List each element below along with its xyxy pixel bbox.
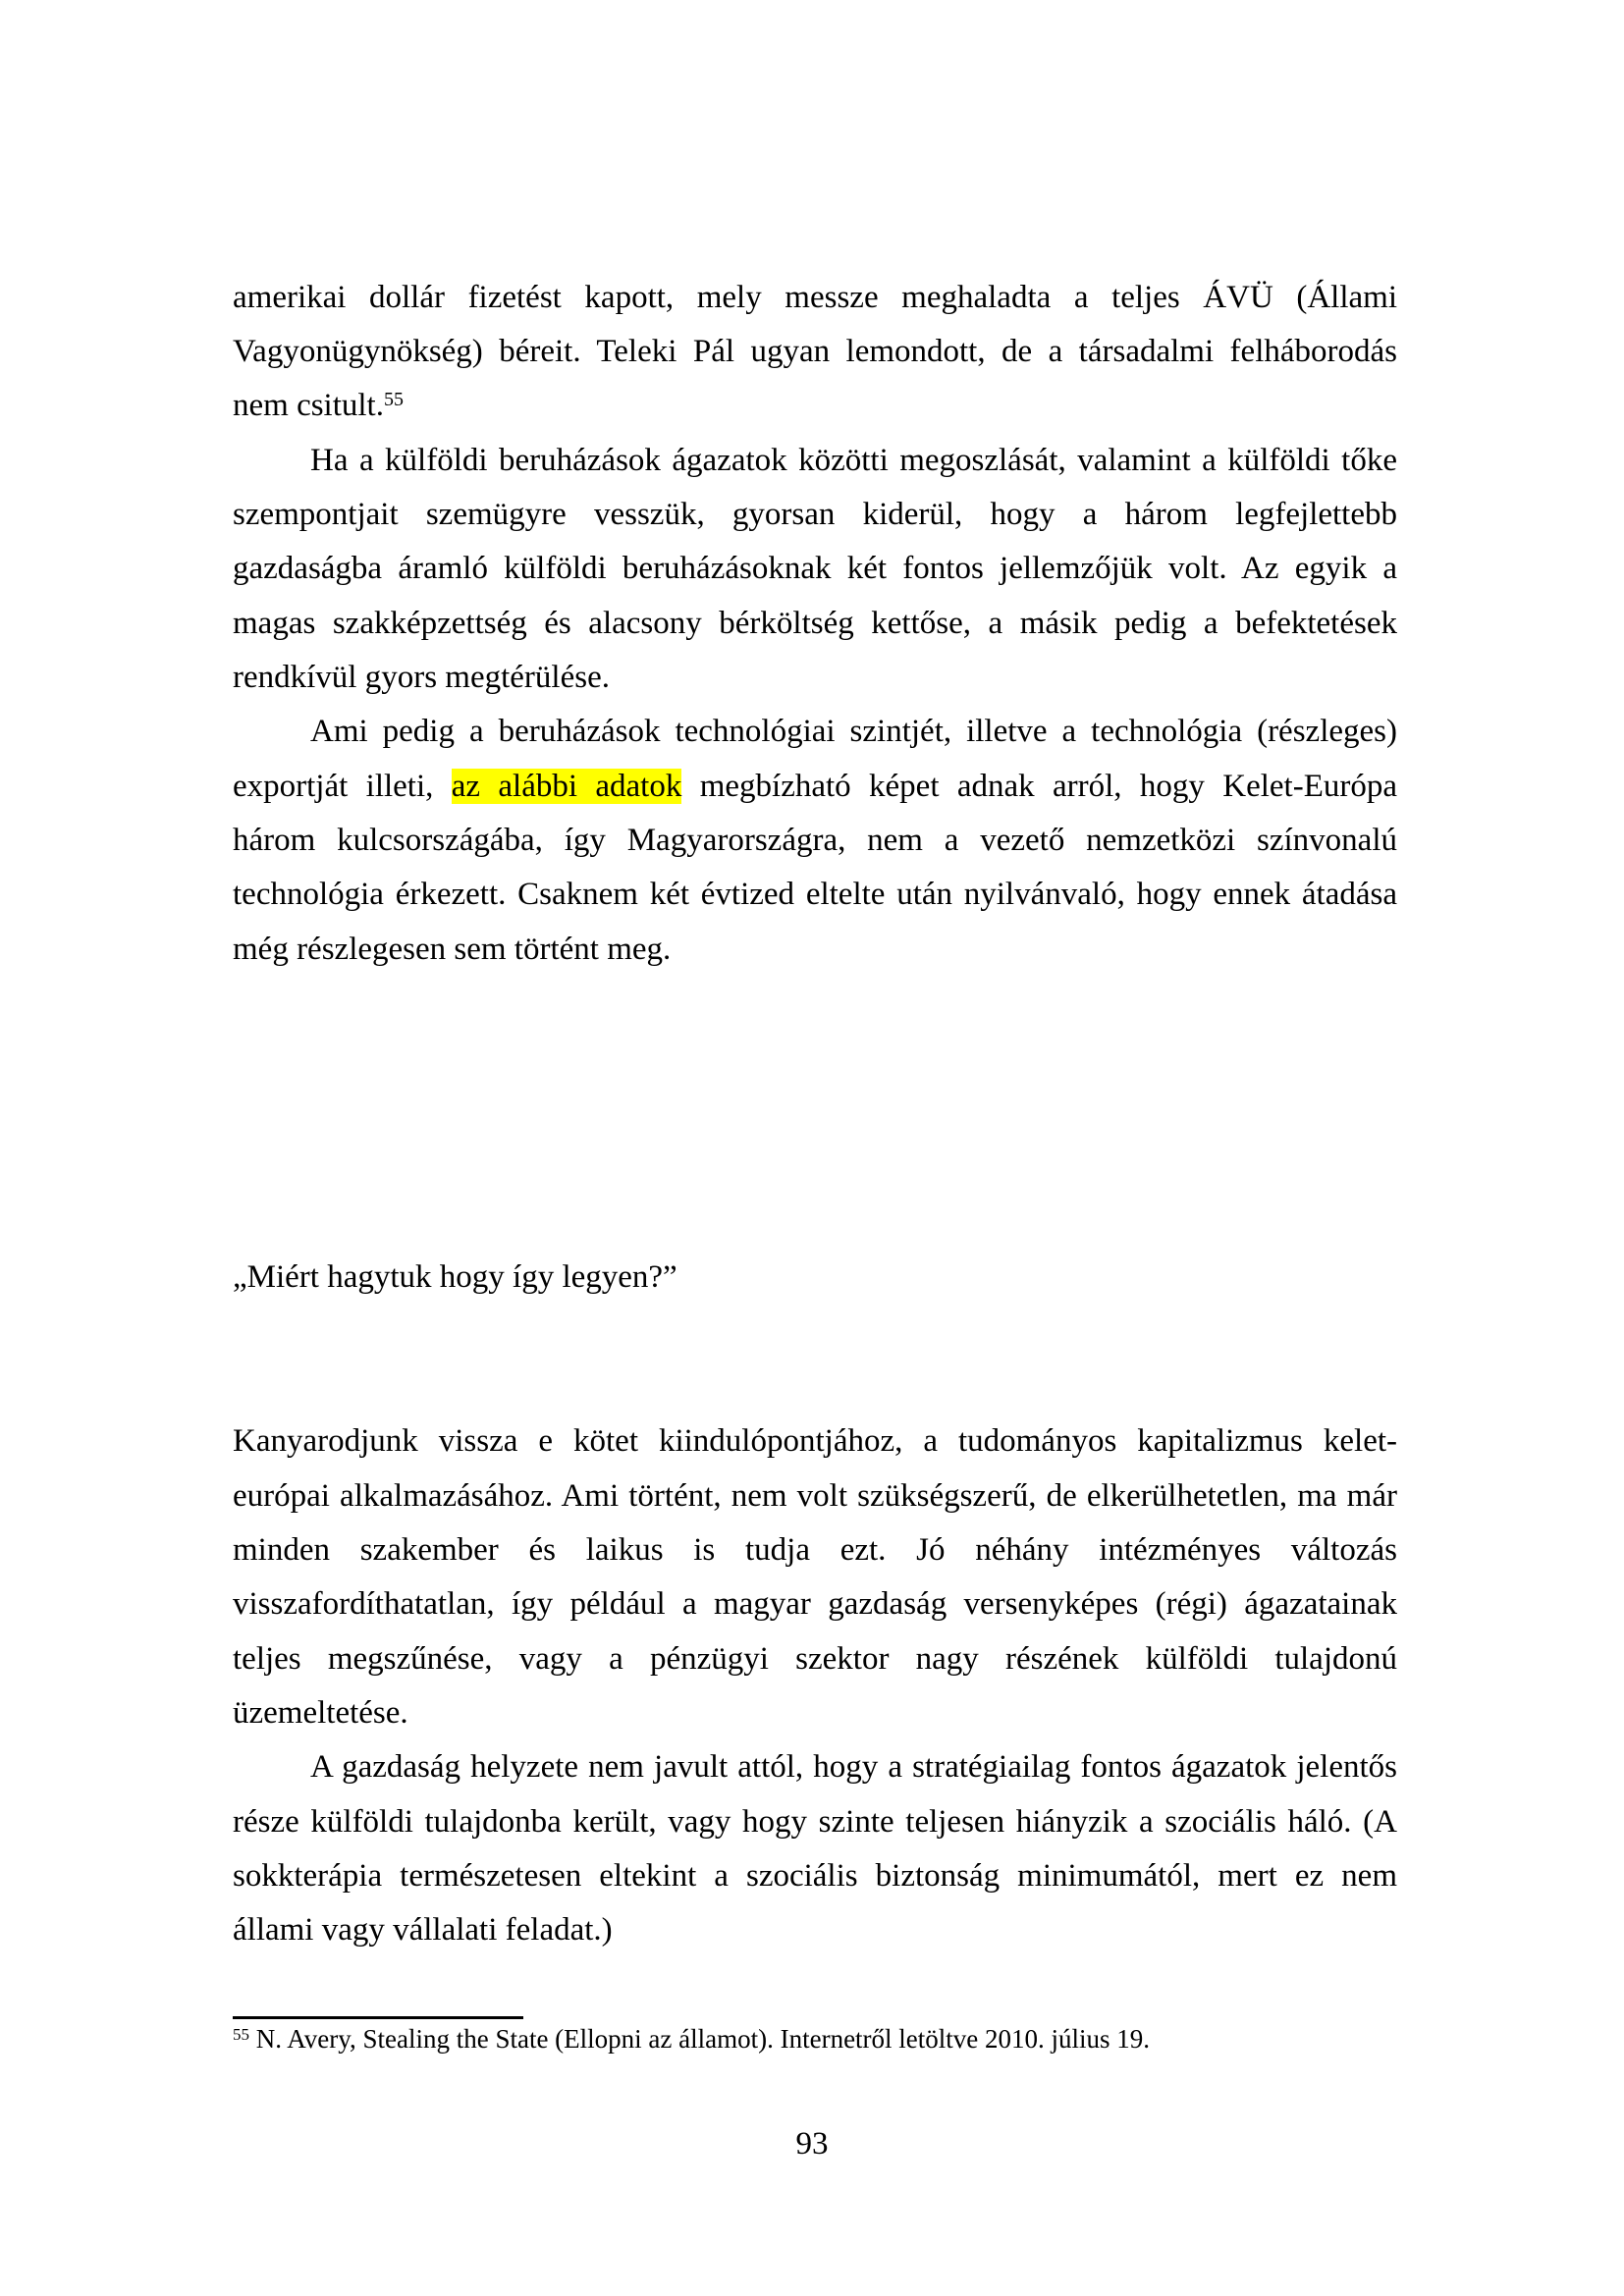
text-line: Ha a külföldi beruházások ágazatok közöt… [310,441,1397,480]
text-line: minden szakember és laikus is tudja ezt.… [233,1530,1397,1570]
footnote-reference[interactable]: 55 [384,389,404,410]
text-line: sokkterápia természetesen eltekint a szo… [233,1856,1397,1896]
footnote-number: 55 [233,2025,249,2044]
text-line: szempontjait szemügyre vesszük, gyorsan … [233,495,1397,534]
text-line: állami vagy vállalati feladat.) [233,1910,1397,1949]
text-segment: megbízható képet adnak arról, hogy Kelet… [700,769,1397,804]
text-line: Ami pedig a beruházások technológiai szi… [310,712,1397,751]
text-line: üzemeltetése. [233,1693,1397,1733]
text-line: A gazdaság helyzete nem javult attól, ho… [310,1747,1397,1787]
text-line: gazdaságba áramló külföldi beruházásokna… [233,549,1397,588]
text-segment: exportját illeti, [233,769,433,804]
text-line: teljes megszűnése, vagy a pénzügyi szekt… [233,1639,1397,1679]
document-page: amerikai dollár fizetést kapott, mely me… [0,0,1624,2296]
paragraph-end-text: nem csitult. [233,388,384,423]
text-line: része külföldi tulajdonba került, vagy h… [233,1802,1397,1842]
text-line: magas szakképzettség és alacsony bérkölt… [233,604,1397,643]
text-line: nem csitult.55 [233,386,1397,425]
text-line: Kanyarodjunk vissza e kötet kiindulópont… [233,1421,1397,1461]
footnote: 55 N. Avery, Stealing the State (Ellopni… [233,2022,1150,2056]
text-line: Vagyonügynökség) béreit. Teleki Pál ugya… [233,332,1397,371]
text-line: visszafordíthatatlan, így például a magy… [233,1584,1397,1624]
footnote-text: N. Avery, Stealing the State (Ellopni az… [256,2024,1150,2054]
text-line: rendkívül gyors megtérülése. [233,658,1397,697]
text-line: európai alkalmazásához. Ami történt, nem… [233,1476,1397,1516]
footnote-separator [233,2016,523,2019]
section-heading: „Miért hagytuk hogy így legyen?” [233,1257,1397,1297]
highlighted-text[interactable]: az alábbi adatok [452,769,682,804]
page-number: 93 [0,2124,1624,2163]
text-line-with-highlight: exportját illeti, az alábbi adatok megbí… [233,767,1397,806]
text-line: amerikai dollár fizetést kapott, mely me… [233,278,1397,317]
text-line: technológia érkezett. Csaknem két évtize… [233,875,1397,914]
text-line: három kulcsországába, így Magyarországra… [233,821,1397,860]
text-line: még részlegesen sem történt meg. [233,930,1397,969]
